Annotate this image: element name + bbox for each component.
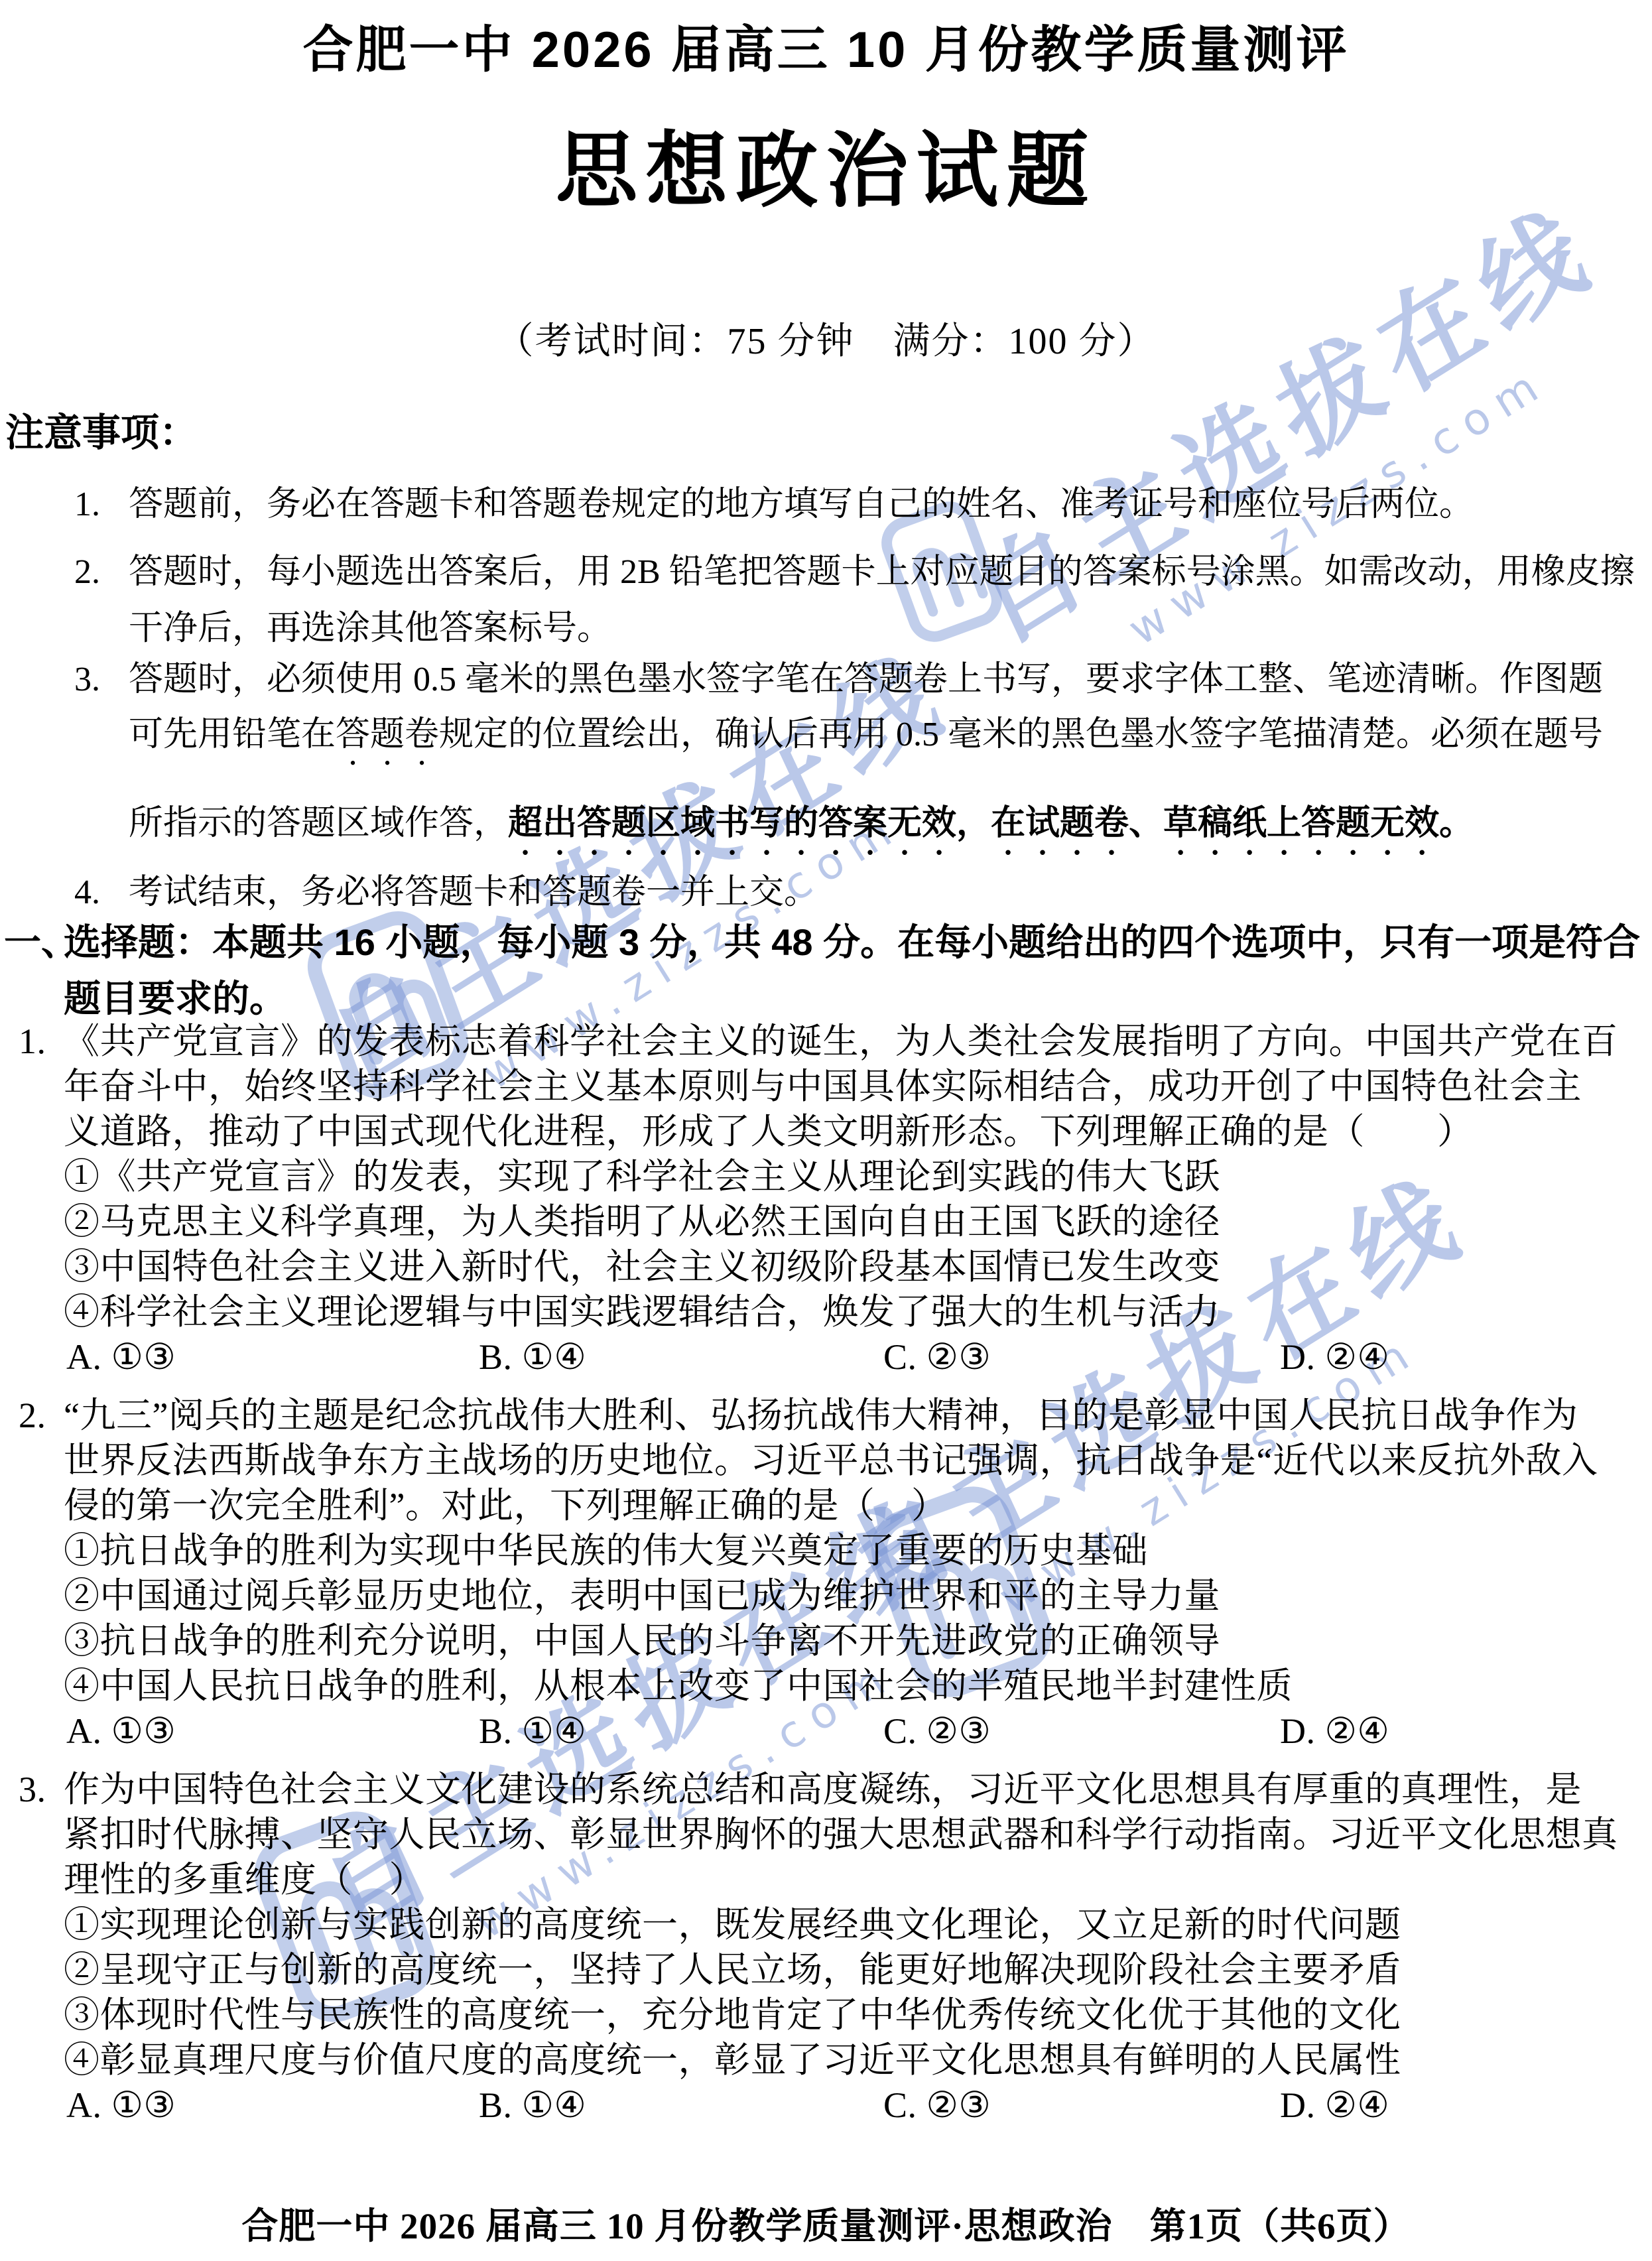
- notice-text: 答题前，务必在答题卡和答题卷规定的地方填写自己的姓名、准考证号和座位号后两位。: [129, 485, 1474, 523]
- question-number: 3.: [19, 1767, 46, 1812]
- stem-text: 紧扣时代脉搏、坚守人民立场、彰显世界胸怀的强大思想武器和科学行动指南。习近平文化…: [64, 1815, 1618, 1854]
- notice-bold-text: ，: [956, 804, 991, 842]
- notice-text: 所指示的答题区域作答，: [129, 805, 508, 842]
- notice-number: 2.: [74, 545, 129, 600]
- notice-item-2-line-2: 干净后，再选涂其他答案标号。: [129, 602, 611, 656]
- option-c: C. ②③: [883, 1334, 991, 1380]
- exam-paper-page: 自主选拔在线 www.zizzs.com 自主选拔在线 www.zizzs.co…: [0, 0, 1652, 2261]
- option-a: A. ①③: [66, 1709, 176, 1754]
- stem-text: 理性的多重维度（ ）: [64, 1860, 425, 1900]
- notices-heading: 注意事项：: [5, 406, 198, 460]
- stem-text: 年奋斗中，始终坚持科学社会主义基本原则与中国具体实际相结合，成功开创了中国特色社…: [64, 1066, 1582, 1106]
- choice-line: ②马克思主义科学真理，为人类指明了从必然王国向自由王国飞跃的途径: [0, 1199, 1652, 1244]
- option-c: C. ②③: [883, 1709, 991, 1754]
- choice-line: ③体现时代性与民族性的高度统一，充分地肯定了中华优秀传统文化优于其他的文化: [0, 1992, 1652, 2037]
- notice-item-1: 1.答题前，务必在答题卡和答题卷规定的地方填写自己的姓名、准考证号和座位号后两位…: [74, 478, 1474, 532]
- notice-item-3-line-3: 所指示的答题区域作答，超出答题区域书写的答案无效，在试题卷、草稿纸上答题无效。: [129, 796, 1474, 850]
- notice-text: 干净后，再选涂其他答案标号。: [129, 610, 611, 647]
- notice-text: 规定的位置绘出，确认后再用 0.5 毫米的黑色墨水签字笔描清楚。必须在题号: [439, 716, 1603, 753]
- choice-line: ④彰显真理尺度与价值尺度的高度统一，彰显了习近平文化思想具有鲜明的人民属性: [0, 2037, 1652, 2083]
- options-row: A. ①③ B. ①④ C. ②③ D. ②④: [0, 1334, 1652, 1380]
- option-b: B. ①④: [479, 2083, 586, 2128]
- question-stem-line: 1.《共产党宣言》的发表标志着科学社会主义的诞生，为人类社会发展指明了方向。中国…: [0, 1019, 1652, 1064]
- stem-text: 《共产党宣言》的发表标志着科学社会主义的诞生，为人类社会发展指明了方向。中国共产…: [64, 1021, 1618, 1061]
- section-heading-text: 选择题：本题共 16 小题，每小题 3 分，共 48 分。在每小题给出的四个选项…: [64, 921, 1640, 963]
- stem-text: 侵的第一次完全胜利”。对此，下列理解正确的是（ ）: [64, 1486, 947, 1525]
- choice-text: ②呈现守正与创新的高度统一，坚持了人民立场，能更好地解决现阶段社会主要矛盾: [64, 1950, 1401, 1990]
- option-b: B. ①④: [479, 1709, 586, 1754]
- choice-text: ③体现时代性与民族性的高度统一，充分地肯定了中华优秀传统文化优于其他的文化: [64, 1995, 1401, 2035]
- option-d: D. ②④: [1280, 1334, 1389, 1380]
- section-marker: 一、: [4, 915, 64, 970]
- notice-bold-emphasized-text: 在试题卷: [991, 804, 1129, 842]
- watermark-brand-text: 自主选拔在线: [927, 146, 1638, 688]
- choice-line: ①《共产党宣言》的发表，实现了科学社会主义从理论到实践的伟大飞跃: [0, 1154, 1652, 1199]
- section-heading-line-2: 题目要求的。: [64, 972, 286, 1026]
- notice-number: 4.: [74, 866, 129, 920]
- stem-text: 义道路，推动了中国式现代化进程，形成了人类文明新形态。下列理解正确的是（ ）: [64, 1112, 1474, 1151]
- notice-item-2-line-1: 2.答题时，每小题选出答案后，用 2B 铅笔把答题卡上对应题目的答案标号涂黑。如…: [74, 545, 1635, 600]
- question-stem-line: 理性的多重维度（ ）: [0, 1857, 1652, 1902]
- notice-item-3-line-1: 3.答题时，必须使用 0.5 毫米的黑色墨水签字笔在答题卷上书写，要求字体工整、…: [74, 653, 1603, 707]
- choice-line: ③抗日战争的胜利充分说明，中国人民的斗争离不开先进政党的正确领导: [0, 1618, 1652, 1663]
- notice-bold-emphasized-text: 草稿纸上答题无效: [1163, 804, 1439, 842]
- option-d: D. ②④: [1280, 1709, 1389, 1754]
- choice-line: ①抗日战争的胜利为实现中华民族的伟大复兴奠定了重要的历史基础: [0, 1528, 1652, 1573]
- question-stem-line: 义道路，推动了中国式现代化进程，形成了人类文明新形态。下列理解正确的是（ ）: [0, 1109, 1652, 1154]
- stem-text: “九三”阅兵的主题是纪念抗战伟大胜利、弘扬抗战伟大精神，目的是彰显中国人民抗日战…: [64, 1395, 1578, 1435]
- option-d: D. ②④: [1280, 2083, 1389, 2128]
- notice-text: 答题时，每小题选出答案后，用 2B 铅笔把答题卡上对应题目的答案标号涂黑。如需改…: [129, 553, 1635, 591]
- exam-title: 合肥一中 2026 届高三 10 月份教学质量测评: [0, 9, 1652, 82]
- option-a: A. ①③: [66, 1334, 176, 1380]
- choice-line: ③中国特色社会主义进入新时代，社会主义初级阶段基本国情已发生改变: [0, 1244, 1652, 1289]
- options-row: A. ①③ B. ①④ C. ②③ D. ②④: [0, 1709, 1652, 1754]
- choice-text: ①《共产党宣言》的发表，实现了科学社会主义从理论到实践的伟大飞跃: [64, 1157, 1220, 1196]
- exam-info-line: （考试时间：75 分钟 满分：100 分）: [0, 312, 1652, 365]
- choice-text: ③中国特色社会主义进入新时代，社会主义初级阶段基本国情已发生改变: [64, 1247, 1220, 1287]
- question-stem-line: 年奋斗中，始终坚持科学社会主义基本原则与中国具体实际相结合，成功开创了中国特色社…: [0, 1064, 1652, 1109]
- question-stem-line: 紧扣时代脉搏、坚守人民立场、彰显世界胸怀的强大思想武器和科学行动指南。习近平文化…: [0, 1812, 1652, 1857]
- option-c: C. ②③: [883, 2083, 991, 2128]
- question-stem-line: 3.作为中国特色社会主义文化建设的系统总结和高度凝练，习近平文化思想具有厚重的真…: [0, 1767, 1652, 1812]
- question-number: 1.: [19, 1019, 46, 1064]
- choice-text: ④彰显真理尺度与价值尺度的高度统一，彰显了习近平文化思想具有鲜明的人民属性: [64, 2040, 1401, 2080]
- question-2: 2.“九三”阅兵的主题是纪念抗战伟大胜利、弘扬抗战伟大精神，目的是彰显中国人民抗…: [0, 1393, 1652, 1754]
- choice-line: ①实现理论创新与实践创新的高度统一，既发展经典文化理论，又立足新的时代问题: [0, 1902, 1652, 1947]
- question-stem-line: 侵的第一次完全胜利”。对此，下列理解正确的是（ ）: [0, 1483, 1652, 1528]
- option-b: B. ①④: [479, 1334, 586, 1380]
- question-3: 3.作为中国特色社会主义文化建设的系统总结和高度凝练，习近平文化思想具有厚重的真…: [0, 1767, 1652, 2128]
- choice-text: ③抗日战争的胜利充分说明，中国人民的斗争离不开先进政党的正确领导: [64, 1621, 1220, 1661]
- subject-title: 思想政治试题: [0, 105, 1652, 223]
- notice-bold-text: 、: [1129, 804, 1163, 842]
- question-stem-line: 世界反法西斯战争东方主战场的历史地位。习近平总书记强调，抗日战争是“近代以来反抗…: [0, 1438, 1652, 1483]
- notice-bold-emphasized-text: 超出答题区域书写的答案无效: [508, 804, 956, 842]
- stem-text: 世界反法西斯战争东方主战场的历史地位。习近平总书记强调，抗日战争是“近代以来反抗…: [64, 1441, 1598, 1480]
- section-heading-text: 题目要求的。: [64, 978, 286, 1019]
- page-footer: 合肥一中 2026 届高三 10 月份教学质量测评·思想政治 第1页（共6页）: [0, 2197, 1652, 2249]
- notice-text: 答题时，必须使用 0.5 毫米的黑色墨水签字笔在答题卷上书写，要求字体工整、笔迹…: [129, 661, 1603, 698]
- choice-text: ②中国通过阅兵彰显历史地位，表明中国已成为维护世界和平的主导力量: [64, 1576, 1220, 1616]
- question-1: 1.《共产党宣言》的发表标志着科学社会主义的诞生，为人类社会发展指明了方向。中国…: [0, 1019, 1652, 1380]
- option-a: A. ①③: [66, 2083, 176, 2128]
- question-stem-line: 2.“九三”阅兵的主题是纪念抗战伟大胜利、弘扬抗战伟大精神，目的是彰显中国人民抗…: [0, 1393, 1652, 1438]
- question-number: 2.: [19, 1393, 46, 1438]
- notice-item-4: 4.考试结束，务必将答题卡和答题卷一并上交。: [74, 866, 818, 920]
- choice-line: ④科学社会主义理论逻辑与中国实践逻辑结合，焕发了强大的生机与活力: [0, 1289, 1652, 1334]
- stem-text: 作为中国特色社会主义文化建设的系统总结和高度凝练，习近平文化思想具有厚重的真理性…: [64, 1770, 1582, 1809]
- choice-line: ④中国人民抗日战争的胜利，从根本上改变了中国社会的半殖民地半封建性质: [0, 1663, 1652, 1709]
- choice-text: ④中国人民抗日战争的胜利，从根本上改变了中国社会的半殖民地半封建性质: [64, 1666, 1293, 1706]
- notice-number: 3.: [74, 653, 129, 707]
- choice-text: ①抗日战争的胜利为实现中华民族的伟大复兴奠定了重要的历史基础: [64, 1531, 1148, 1571]
- notice-item-3-line-2: 可先用铅笔在答题卷规定的位置绘出，确认后再用 0.5 毫米的黑色墨水签字笔描清楚…: [129, 708, 1603, 762]
- section-heading-line-1: 一、选择题：本题共 16 小题，每小题 3 分，共 48 分。在每小题给出的四个…: [4, 915, 1640, 970]
- notice-number: 1.: [74, 478, 129, 532]
- notice-text: 考试结束，务必将答题卡和答题卷一并上交。: [129, 873, 818, 911]
- choice-line: ②呈现守正与创新的高度统一，坚持了人民立场，能更好地解决现阶段社会主要矛盾: [0, 1947, 1652, 1992]
- notice-bold-text: 。: [1439, 804, 1474, 842]
- choice-line: ②中国通过阅兵彰显历史地位，表明中国已成为维护世界和平的主导力量: [0, 1573, 1652, 1618]
- choice-text: ①实现理论创新与实践创新的高度统一，既发展经典文化理论，又立足新的时代问题: [64, 1905, 1401, 1945]
- options-row: A. ①③ B. ①④ C. ②③ D. ②④: [0, 2083, 1652, 2128]
- notice-emphasized-text: 答题卷: [336, 716, 439, 753]
- choice-text: ④科学社会主义理论逻辑与中国实践逻辑结合，焕发了强大的生机与活力: [64, 1292, 1220, 1332]
- choice-text: ②马克思主义科学真理，为人类指明了从必然王国向自由王国飞跃的途径: [64, 1202, 1220, 1242]
- notice-text: 可先用铅笔在: [129, 716, 336, 753]
